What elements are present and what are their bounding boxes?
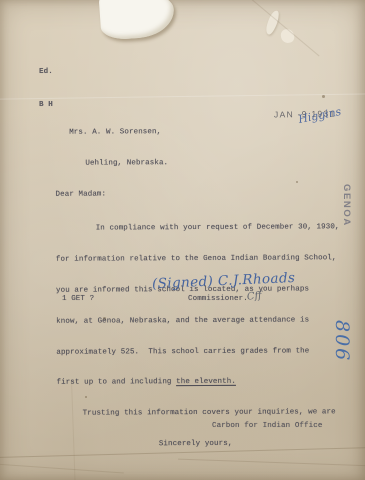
body-line-2: for information relative to the Genoa In… [56,251,346,267]
carbon-copy-note: Carbon for Indian Office [212,422,322,430]
salutation: Dear Madam: [55,186,345,202]
body-line-7: Trusting this information covers your in… [57,405,347,421]
body-line-5: approximately 525. This school carries g… [56,344,346,360]
typed-notation: 1 GET ? [62,295,94,303]
recipient-name: Mrs. A. W. Sorensen, [55,124,345,140]
paper-speck [322,95,325,98]
body-line-4: know, at Genoa, Nebraska, and the averag… [56,313,346,329]
crease-line [248,0,319,56]
handwritten-initials: Cff [246,290,262,302]
closing: Sincerely yours, [57,436,347,452]
scanned-letter: Ed. B H JAN -9 1931 Higgins GENOA 806 Mr… [0,0,365,480]
file-notation-line1: Ed. [39,67,57,78]
body-line-1: In compliance with your request of Decem… [56,221,346,237]
recipient-address: Uehling, Nebraska. [55,155,345,171]
body-line-6-underlined: the eleventh. [176,378,236,386]
torn-paper-patch [98,0,175,41]
signer-title: Commissioner. [188,295,248,303]
body-line-6: first up to and including the eleventh. [56,375,346,391]
body-line-6-text: first up to and including [56,379,176,388]
